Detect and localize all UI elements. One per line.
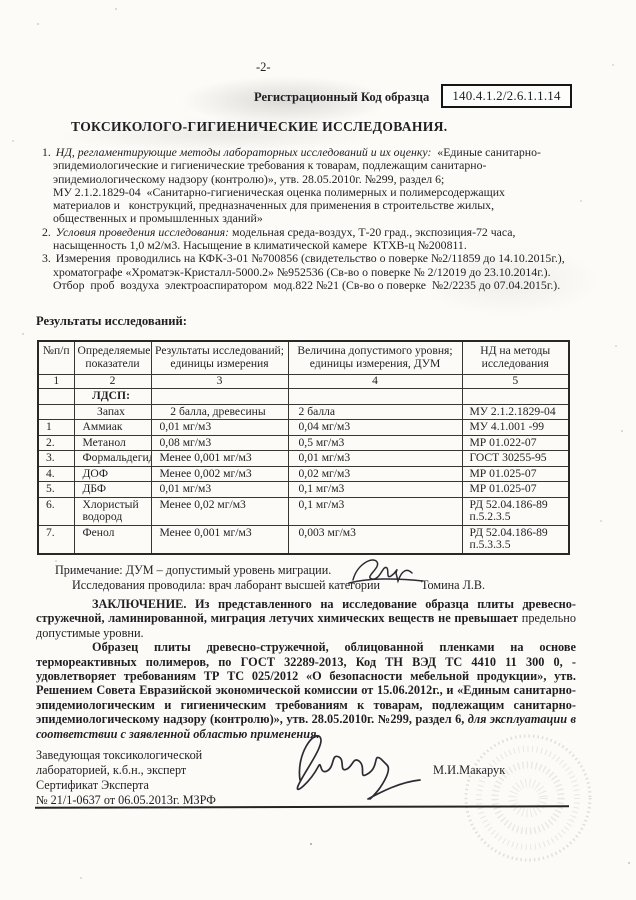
table-cell: Хлористый водород: [74, 497, 151, 525]
page-number: -2-: [256, 60, 271, 75]
table-cell: ГОСТ 30255-95: [462, 451, 569, 467]
table-cell: МР 01.025-07: [462, 482, 569, 498]
conclusion-paragraph: ЗАКЛЮЧЕНИЕ. Из представленного на исслед…: [36, 597, 576, 640]
registration-code-label: Регистрационный Код образца: [254, 90, 429, 105]
method-item-line: 2. Условия проведения исследования: моде…: [42, 226, 602, 239]
item-number: 1.: [42, 145, 56, 159]
table-cell: ДОФ: [74, 466, 151, 482]
item-text: материалов и конструкций, предназначенны…: [53, 198, 494, 212]
table-cell: [462, 389, 569, 405]
registration-code-box: 140.4.1.2/2.6.1.1.14: [441, 84, 572, 108]
item-text: «Единые санитарно-: [431, 145, 541, 159]
method-item-line: 3. Измерения проводились на КФК-3-01 №70…: [42, 252, 602, 265]
table-cell: [38, 389, 74, 405]
table-cell: 2: [74, 375, 151, 389]
table-cell: ЛДСП:: [74, 389, 151, 405]
item-text: эпидемиологическому надзору (контролю)»,…: [53, 172, 444, 186]
table-row: №п/пОпределяемые показателиРезультаты ис…: [38, 341, 569, 375]
analyst-signature: [346, 554, 426, 592]
table-cell: 1: [38, 375, 74, 389]
signoff-block: Заведующая токсикологическойлабораторией…: [36, 748, 216, 808]
signoff-line: лабораторией, к.б.н., эксперт: [36, 763, 216, 778]
method-item-line: эпидемиологические и гигиенические требо…: [42, 159, 602, 172]
table-cell: [151, 389, 288, 405]
table-cell: Запах: [74, 404, 151, 420]
table-row: 2.Метанол0,08 мг/м30,5 мг/м3МР 01.022-07: [38, 435, 569, 451]
table-cell: Фенол: [74, 525, 151, 554]
text-segment: ЗАКЛЮЧЕНИЕ. Из представленного на исслед…: [36, 597, 576, 625]
table-row: 5.ДБФ0,01 мг/м30,1 мг/м3МР 01.025-07: [38, 482, 569, 498]
item-text: МУ 2.1.2.1829-04 «Санитарно-гигиеническа…: [53, 185, 505, 199]
document-page: -2- Регистрационный Код образца 140.4.1.…: [0, 0, 636, 900]
item-number: 2.: [42, 225, 56, 239]
table-row: Запах2 балла, древесины2 баллаМУ 2.1.2.1…: [38, 404, 569, 420]
table-cell: Аммиак: [74, 420, 151, 436]
results-heading: Результаты исследований:: [36, 314, 187, 329]
table-header-cell: Результаты исследований; единицы измерен…: [151, 341, 288, 375]
table-cell: [288, 389, 462, 405]
table-cell: 0,1 мг/м3: [288, 482, 462, 498]
stamp-mark: [458, 728, 598, 868]
table-cell: 5: [462, 375, 569, 389]
table-cell: 2.: [38, 435, 74, 451]
table-row: 12345: [38, 375, 569, 389]
item-lead-italic: НД, регламентирующие методы лабораторных…: [56, 145, 432, 159]
signoff-line: Заведующая токсикологической: [36, 748, 216, 763]
table-row: 1Аммиак0,01 мг/м30,04 мг/м3МУ 4.1.001 -9…: [38, 420, 569, 436]
table-cell: 0,003 мг/м3: [288, 525, 462, 554]
document-title: ТОКСИКОЛОГО-ГИГИЕНИЧЕСКИЕ ИССЛЕДОВАНИЯ.: [71, 119, 447, 135]
table-cell: МУ 2.1.2.1829-04: [462, 404, 569, 420]
method-item-line: эпидемиологическому надзору (контролю)»,…: [42, 173, 602, 186]
table-cell: РД 52.04.186-89 п.5.2.3.5: [462, 497, 569, 525]
table-cell: ДБФ: [74, 482, 151, 498]
signoff-line: Сертификат Эксперта: [36, 778, 216, 793]
item-lead-italic: Условия проведения исследования:: [56, 225, 229, 239]
table-note: Примечание: ДУМ – допустимый уровень миг…: [55, 563, 331, 578]
table-header-cell: №п/п: [38, 341, 74, 375]
table-cell: Менее 0,002 мг/м3: [151, 466, 288, 482]
table-cell: 6.: [38, 497, 74, 525]
item-text: хроматографе «Хроматэк-Кристалл-5000.2» …: [53, 265, 551, 279]
scan-noise: [0, 0, 2, 2]
table-cell: 0,01 мг/м3: [288, 451, 462, 467]
table-cell: Менее 0,02 мг/м3: [151, 497, 288, 525]
table-header-cell: Определяемые показатели: [74, 341, 151, 375]
table-cell: 3: [151, 375, 288, 389]
table-row: 4.ДОФМенее 0,002 мг/м30,02 мг/м3МР 01.02…: [38, 466, 569, 482]
method-item-line: насыщенность 1,0 м2/м3. Насыщение в клим…: [42, 239, 602, 252]
table-cell: 0,01 мг/м3: [151, 420, 288, 436]
method-item-line: хроматографе «Хроматэк-Кристалл-5000.2» …: [42, 266, 602, 279]
analyst-name: Томина Л.В.: [421, 578, 485, 593]
item-text: общественных и промышленных зданий»: [53, 211, 263, 225]
table-cell: 0,1 мг/м3: [288, 497, 462, 525]
table-row: 7.ФенолМенее 0,001 мг/м30,003 мг/м3РД 52…: [38, 525, 569, 554]
table-cell: Менее 0,001 мг/м3: [151, 451, 288, 467]
table-cell: [38, 404, 74, 420]
table-cell: 2 балла, древесины: [151, 404, 288, 420]
table-cell: 3.: [38, 451, 74, 467]
table-cell: МР 01.025-07: [462, 466, 569, 482]
table-cell: 0,5 мг/м3: [288, 435, 462, 451]
method-item-line: Отбор проб воздуха электроаспиратором мо…: [42, 279, 602, 292]
method-item-line: общественных и промышленных зданий»: [42, 212, 602, 225]
method-item-line: МУ 2.1.2.1829-04 «Санитарно-гигиеническа…: [42, 186, 602, 199]
table-cell: Менее 0,001 мг/м3: [151, 525, 288, 554]
table-cell: МР 01.022-07: [462, 435, 569, 451]
item-text: эпидемиологические и гигиенические требо…: [53, 158, 486, 172]
table-cell: 2 балла: [288, 404, 462, 420]
conducted-by-line: Исследования проводила: врач лаборант вы…: [72, 578, 380, 593]
table-cell: 0,02 мг/м3: [288, 466, 462, 482]
item-text: Отбор проб воздуха электроаспиратором мо…: [53, 278, 560, 292]
results-table: №п/пОпределяемые показателиРезультаты ис…: [37, 340, 570, 555]
table-cell: МУ 4.1.001 -99: [462, 420, 569, 436]
table-header-cell: НД на методы исследования: [462, 341, 569, 375]
conclusion: ЗАКЛЮЧЕНИЕ. Из представленного на исслед…: [36, 597, 576, 741]
results-table-body: №п/пОпределяемые показателиРезультаты ис…: [38, 341, 569, 554]
table-cell: 1: [38, 420, 74, 436]
table-cell: 0,04 мг/м3: [288, 420, 462, 436]
item-text: насыщенность 1,0 м2/м3. Насыщение в клим…: [53, 238, 467, 252]
stamp-circle: [458, 728, 598, 868]
method-item-line: материалов и конструкций, предназначенны…: [42, 199, 602, 212]
expert-signature: [268, 722, 438, 810]
item-text: Измерения проводились на КФК-3-01 №70085…: [56, 251, 565, 265]
table-header-cell: Величина допустимого уровня; единицы изм…: [288, 341, 462, 375]
item-text: модельная среда-воздух, Т-20 град., эксп…: [229, 225, 515, 239]
table-cell: 0,01 мг/м3: [151, 482, 288, 498]
method-item-line: 1. НД, регламентирующие методы лаборатор…: [42, 146, 602, 159]
table-cell: 0,08 мг/м3: [151, 435, 288, 451]
table-cell: 7.: [38, 525, 74, 554]
item-number: 3.: [42, 251, 56, 265]
table-cell: 4.: [38, 466, 74, 482]
table-cell: РД 52.04.186-89 п.5.3.3.5: [462, 525, 569, 554]
table-cell: Метанол: [74, 435, 151, 451]
table-row: 6.Хлористый водородМенее 0,02 мг/м30,1 м…: [38, 497, 569, 525]
table-cell: 4: [288, 375, 462, 389]
table-cell: 5.: [38, 482, 74, 498]
table-cell: Формальдегид: [74, 451, 151, 467]
method-items: 1. НД, регламентирующие методы лаборатор…: [42, 146, 602, 292]
table-row: 3.ФормальдегидМенее 0,001 мг/м30,01 мг/м…: [38, 451, 569, 467]
table-row: ЛДСП:: [38, 389, 569, 405]
